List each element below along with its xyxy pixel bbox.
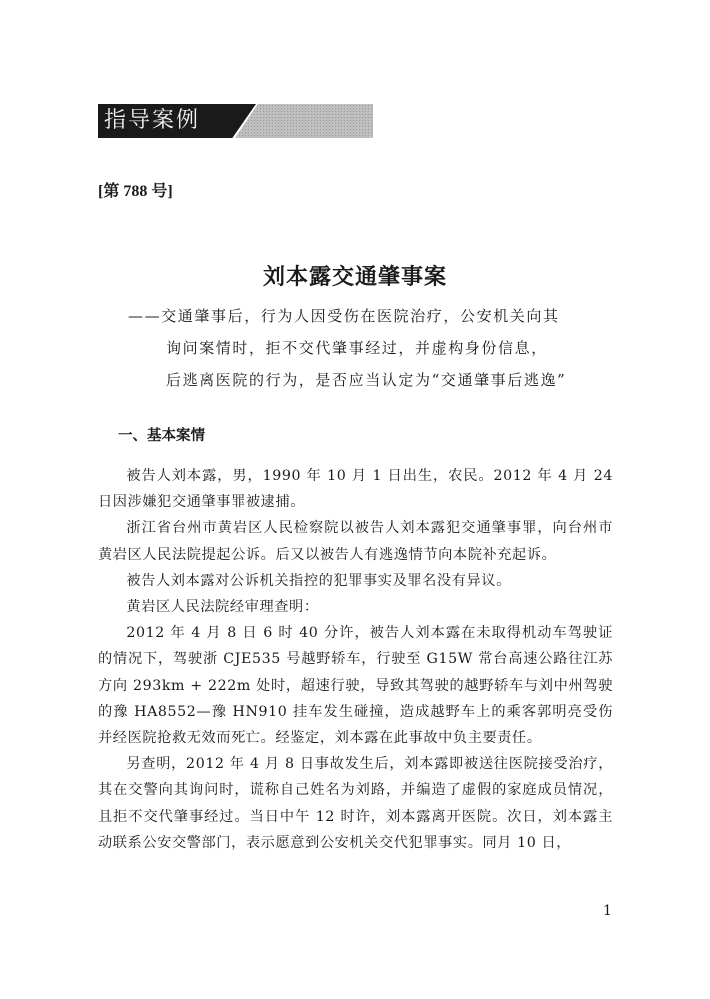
banner-label: 指导案例 xyxy=(104,107,200,135)
banner-texture xyxy=(235,104,373,138)
subtitle-line: ——交通肇事后，行为人因受伤在医院治疗，公安机关向其 xyxy=(128,300,566,332)
subtitle-line: 后逃离医院的行为，是否应当认定为“交通肇事后逃逸” xyxy=(128,364,566,396)
paragraph: 黄岩区人民法院经审理查明： xyxy=(98,594,613,620)
subtitle-line: 询问案情时，拒不交代肇事经过，并虚构身份信息， xyxy=(128,332,566,364)
page-number: 1 xyxy=(603,903,612,919)
section-banner: 指导案例 xyxy=(98,104,373,138)
document-subtitle: ——交通肇事后，行为人因受伤在医院治疗，公安机关向其 询问案情时，拒不交代肇事经… xyxy=(128,300,566,396)
paragraph: 另查明，2012 年 4 月 8 日事故发生后，刘本露即被送往医院接受治疗，其在… xyxy=(98,751,613,856)
section-heading: 一、基本案情 xyxy=(118,424,205,445)
paragraph: 浙江省台州市黄岩区人民检察院以被告人刘本露犯交通肇事罪，向台州市黄岩区人民法院提… xyxy=(98,515,613,567)
body-text: 被告人刘本露，男，1990 年 10 月 1 日出生，农民。2012 年 4 月… xyxy=(98,463,613,856)
paragraph: 2012 年 4 月 8 日 6 时 40 分许，被告人刘本露在未取得机动车驾驶… xyxy=(98,620,613,751)
document-title: 刘本露交通肇事案 xyxy=(0,260,710,291)
banner-label-box: 指导案例 xyxy=(98,104,256,138)
paragraph: 被告人刘本露对公诉机关指控的犯罪事实及罪名没有异议。 xyxy=(98,568,613,594)
case-number: [第 788 号] xyxy=(98,178,173,201)
paragraph: 被告人刘本露，男，1990 年 10 月 1 日出生，农民。2012 年 4 月… xyxy=(98,463,613,515)
